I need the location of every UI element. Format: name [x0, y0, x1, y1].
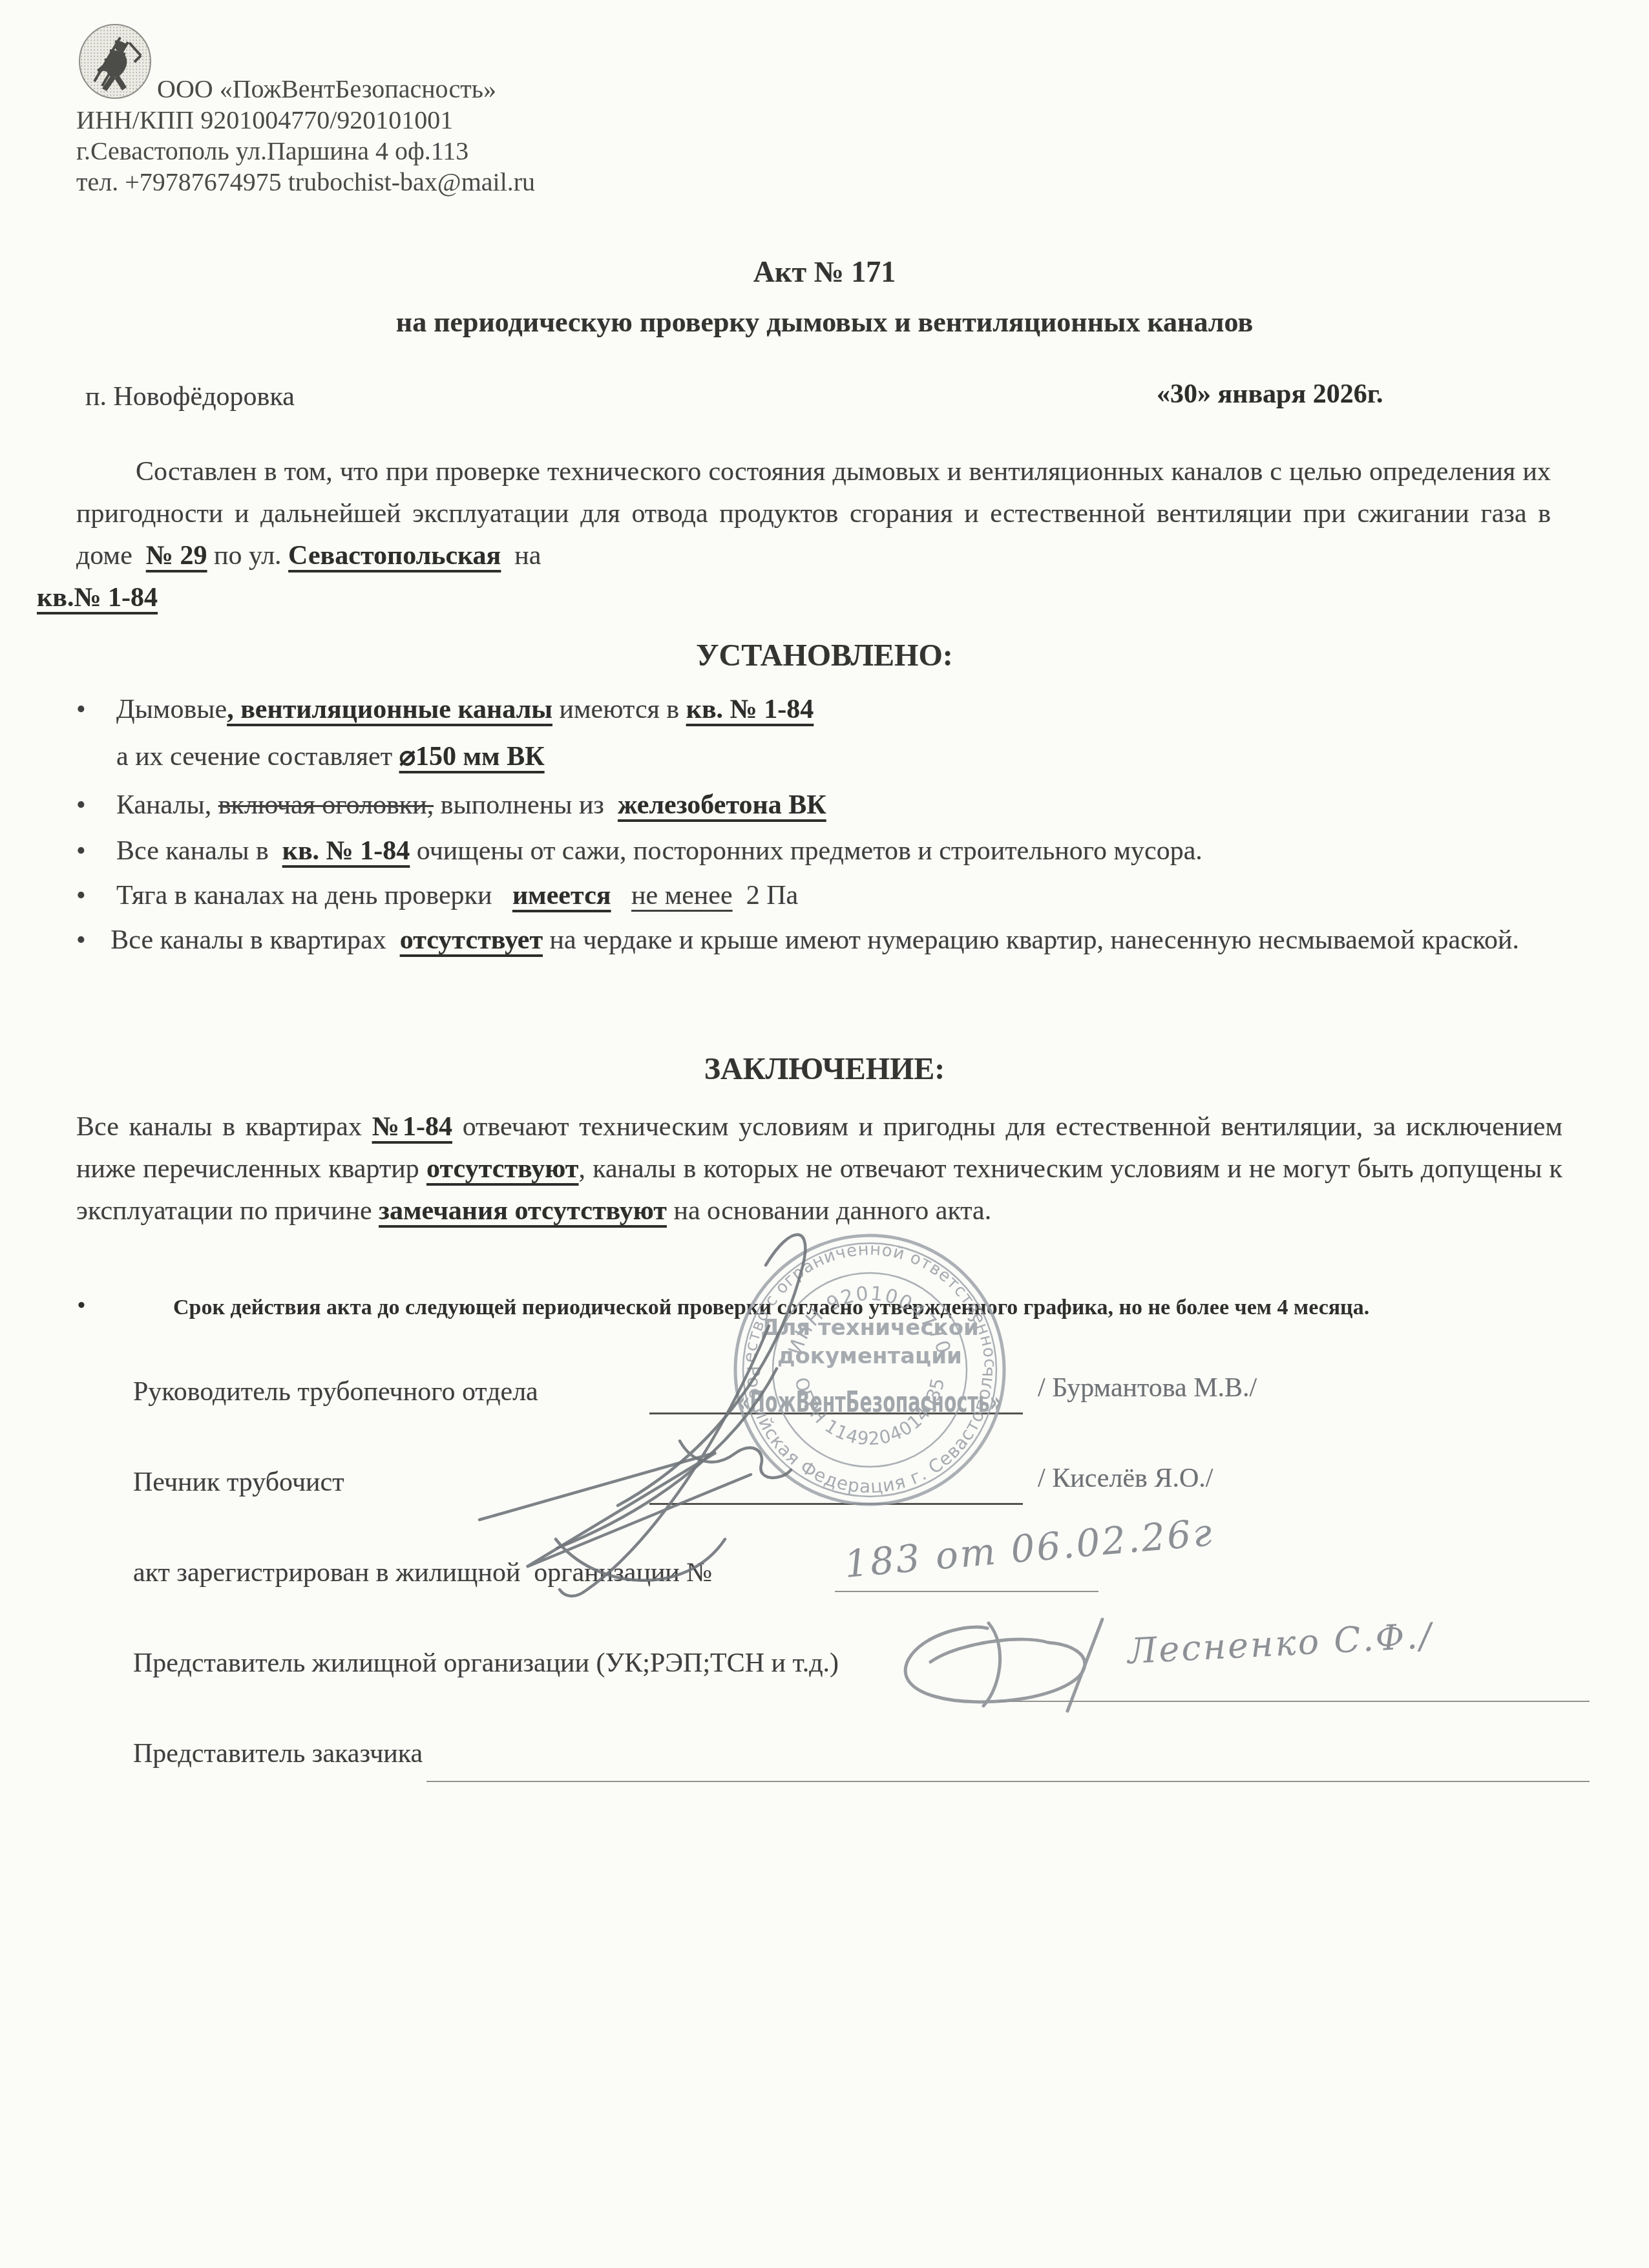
text-segment: кв. № 1-84 — [282, 836, 410, 866]
text-segment: имеется — [512, 881, 611, 910]
registration-label: акт зарегистрирован в жилищной организац… — [133, 1552, 712, 1594]
text-segment: на чердаке и крыше имеют нумерацию кварт… — [543, 925, 1519, 955]
list-item-text: Каналы, включая оголовки, выполнены из ж… — [116, 784, 826, 826]
housing-rep-name-handwritten: Лесненко С.Ф./ — [1127, 1615, 1434, 1672]
housing-rep-line — [998, 1701, 1590, 1702]
text-segment: Каналы, — [116, 790, 218, 820]
text-segment: кв.№ 1-84 — [37, 583, 158, 613]
text-segment: Все каналы в квартирах — [76, 1112, 372, 1142]
housing-rep-ink-signature — [905, 1619, 1102, 1711]
list-item: • Тяга в каналах на день проверки имеетс… — [76, 875, 1562, 917]
text-segment: 2 Па — [733, 881, 798, 910]
text-segment: по ул. — [207, 541, 289, 571]
date-label: «30» января 2026г. — [1157, 373, 1383, 415]
text-segment: отсутствуют — [426, 1154, 579, 1184]
customer-rep-line — [426, 1781, 1590, 1782]
bullet-icon: • — [76, 925, 104, 955]
list-item: • Все каналы в квартирах отсутствует на … — [76, 919, 1562, 961]
intro-apartments-line: кв.№ 1-84 — [37, 577, 158, 619]
list-item-text: Все каналы в кв. № 1-84 очищены от сажи,… — [116, 830, 1203, 872]
text-segment: на основании данного акта. — [667, 1196, 991, 1226]
sweep-role-label: Печник трубочист — [133, 1462, 344, 1504]
text-segment: не менее — [631, 881, 733, 910]
list-item-text: а их сечение составляет ⌀150 мм ВК — [116, 736, 545, 778]
list-item: • Все каналы в кв. № 1-84 очищены от саж… — [76, 830, 1562, 872]
text-segment: замечания отсутствуют — [379, 1196, 667, 1226]
scanned-document-page: ООО «ПожВентБезопасность» ИНН/КПП 920100… — [0, 0, 1649, 2268]
company-phone-email: тел. +79787674975 trubochist-bax@mail.ru — [76, 167, 535, 198]
text-segment: , вентиляционные каналы — [227, 695, 552, 724]
sweep-name: / Киселёв Я.О./ — [1038, 1463, 1213, 1494]
company-logo-chimney-sweep — [78, 23, 154, 101]
bullet-icon: • — [76, 784, 116, 826]
list-item: а их сечение составляет ⌀150 мм ВК — [76, 736, 1562, 778]
text-segment: №1-84 — [372, 1112, 452, 1142]
act-subtitle: на периодическую проверку дымовых и вент… — [23, 301, 1626, 343]
validity-note: • Срок действия акта до следующей период… — [78, 1294, 1615, 1322]
registration-line — [835, 1591, 1098, 1592]
text-segment: Дымовые — [116, 695, 227, 724]
text-segment: железобетона ВК — [618, 790, 826, 820]
bullet-icon: • — [78, 1294, 173, 1322]
text-segment: ⌀150 мм ВК — [399, 742, 545, 772]
bullet-icon: • — [76, 689, 116, 731]
text-segment: Севастопольская — [288, 541, 501, 571]
act-title: Акт № 171 — [23, 251, 1626, 293]
conclusion-paragraph: Все каналы в квартирах №1-84 отвечают те… — [76, 1106, 1562, 1232]
text-segment: № 29 — [146, 541, 207, 571]
customer-rep-label: Представитель заказчика — [133, 1733, 423, 1775]
head-ink-signature — [557, 1235, 805, 1548]
svg-text:Российская Федерация г. Севаст: Российская Федерация г. Севастополь — [742, 1365, 997, 1497]
text-segment: включая оголовки, — [218, 790, 434, 820]
company-address: г.Севастополь ул.Паршина 4 оф.113 — [76, 136, 468, 167]
text-segment: имеются в — [552, 695, 686, 724]
head-role-label: Руководитель трубопечного отдела — [133, 1371, 538, 1413]
text-segment: на — [501, 541, 541, 571]
text-segment: Тяга в каналах на день проверки — [116, 881, 512, 910]
stamp-purpose-line2: документации — [777, 1343, 962, 1369]
text-segment: а их сечение составляет — [116, 742, 399, 772]
list-item-text: Все каналы в квартирах отсутствует на че… — [104, 925, 1519, 955]
text-segment: Все каналы в — [116, 836, 282, 866]
bullet-icon: • — [76, 830, 116, 872]
text-segment: очищены от сажи, посторонних предметов и… — [410, 836, 1203, 866]
head-signature-line — [649, 1412, 1023, 1414]
sweep-signature-line — [649, 1503, 1023, 1505]
list-item: • Каналы, включая оголовки, выполнены из… — [76, 784, 1562, 826]
list-item-text: Дымовые, вентиляционные каналы имеются в… — [116, 689, 814, 731]
place-label: п. Новофёдоровка — [85, 376, 295, 418]
registration-number-handwritten: 183 от 06.02.26г — [843, 1510, 1215, 1586]
text-segment: выполнены из — [434, 790, 618, 820]
intro-paragraph: Составлен в том, что при проверке технич… — [76, 451, 1551, 577]
stamp-ring-bottom-text: Российская Федерация г. Севастополь — [742, 1365, 997, 1497]
validity-text: Срок действия акта до следующей периодич… — [173, 1294, 1369, 1322]
text-segment: Все каналы в квартирах — [104, 925, 400, 955]
text-segment: кв. № 1-84 — [686, 695, 814, 724]
list-item-text: Тяга в каналах на день проверки имеется … — [116, 875, 798, 917]
bullet-icon: • — [76, 875, 116, 917]
section-ustanovleno-heading: УСТАНОВЛЕНО: — [23, 635, 1626, 677]
company-inn-kpp: ИНН/КПП 9201004770/920101001 — [76, 105, 453, 136]
text-segment: отсутствует — [400, 925, 543, 955]
list-item: • Дымовые, вентиляционные каналы имеются… — [76, 689, 1562, 731]
housing-rep-label: Представитель жилищной организации (УК;Р… — [133, 1643, 839, 1685]
findings-list: • Дымовые, вентиляционные каналы имеются… — [76, 689, 1562, 961]
text-segment — [611, 881, 632, 910]
section-zakluchenie-heading: ЗАКЛЮЧЕНИЕ: — [23, 1048, 1626, 1090]
head-name: / Бурмантова М.В./ — [1038, 1372, 1257, 1403]
company-name: ООО «ПожВентБезопасность» — [157, 74, 496, 105]
